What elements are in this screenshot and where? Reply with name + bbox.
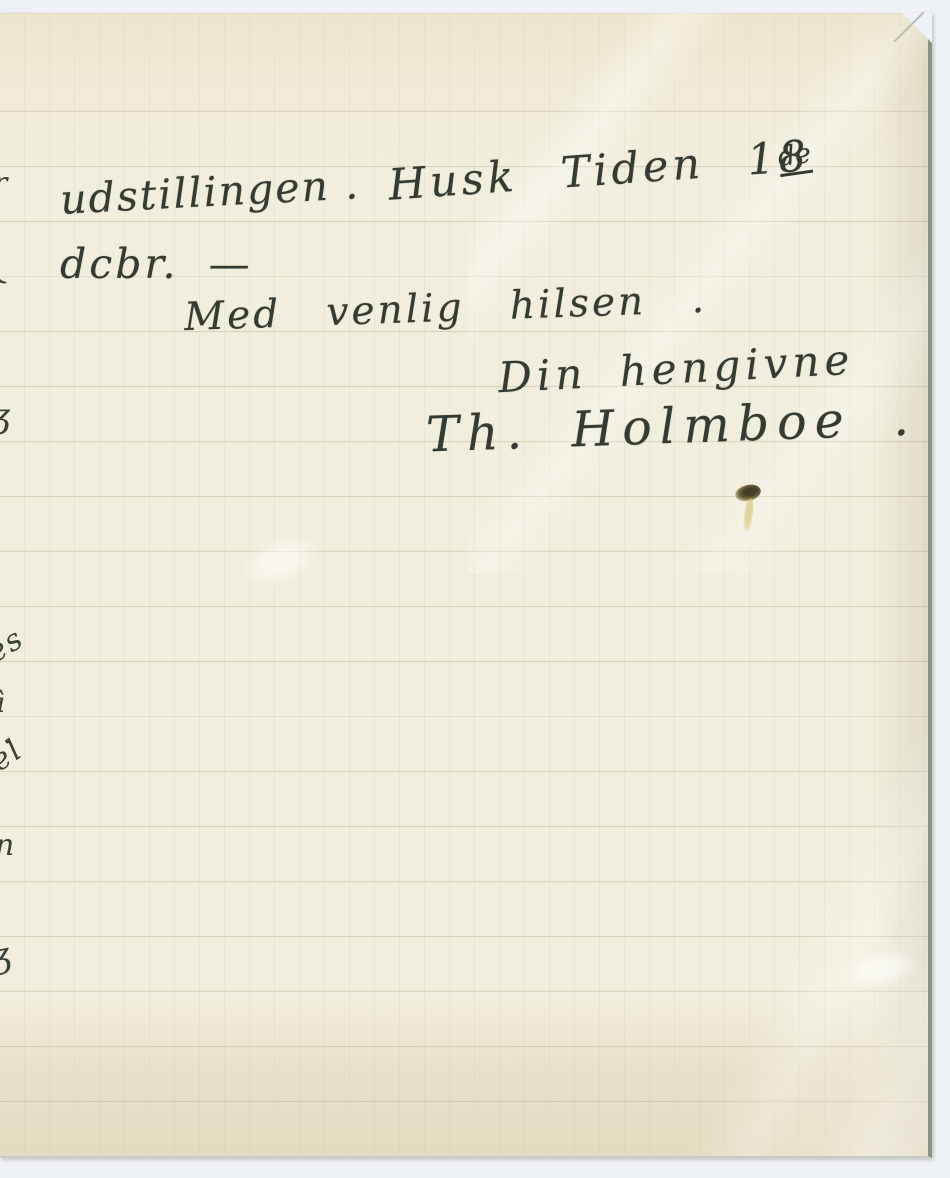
handwriting-month-abbrev: dcbr. — [60, 240, 253, 288]
handwriting-reminder-superscript: de [776, 138, 814, 177]
ink-fragment: ì [0, 686, 5, 719]
letter-scan: udstillingen . Husk Tiden 18 de dcbr. — … [0, 0, 950, 1178]
ink-fragment: n [0, 828, 14, 863]
ink-fragment: r [0, 166, 7, 201]
ink-fragment: ʒ [0, 396, 10, 436]
